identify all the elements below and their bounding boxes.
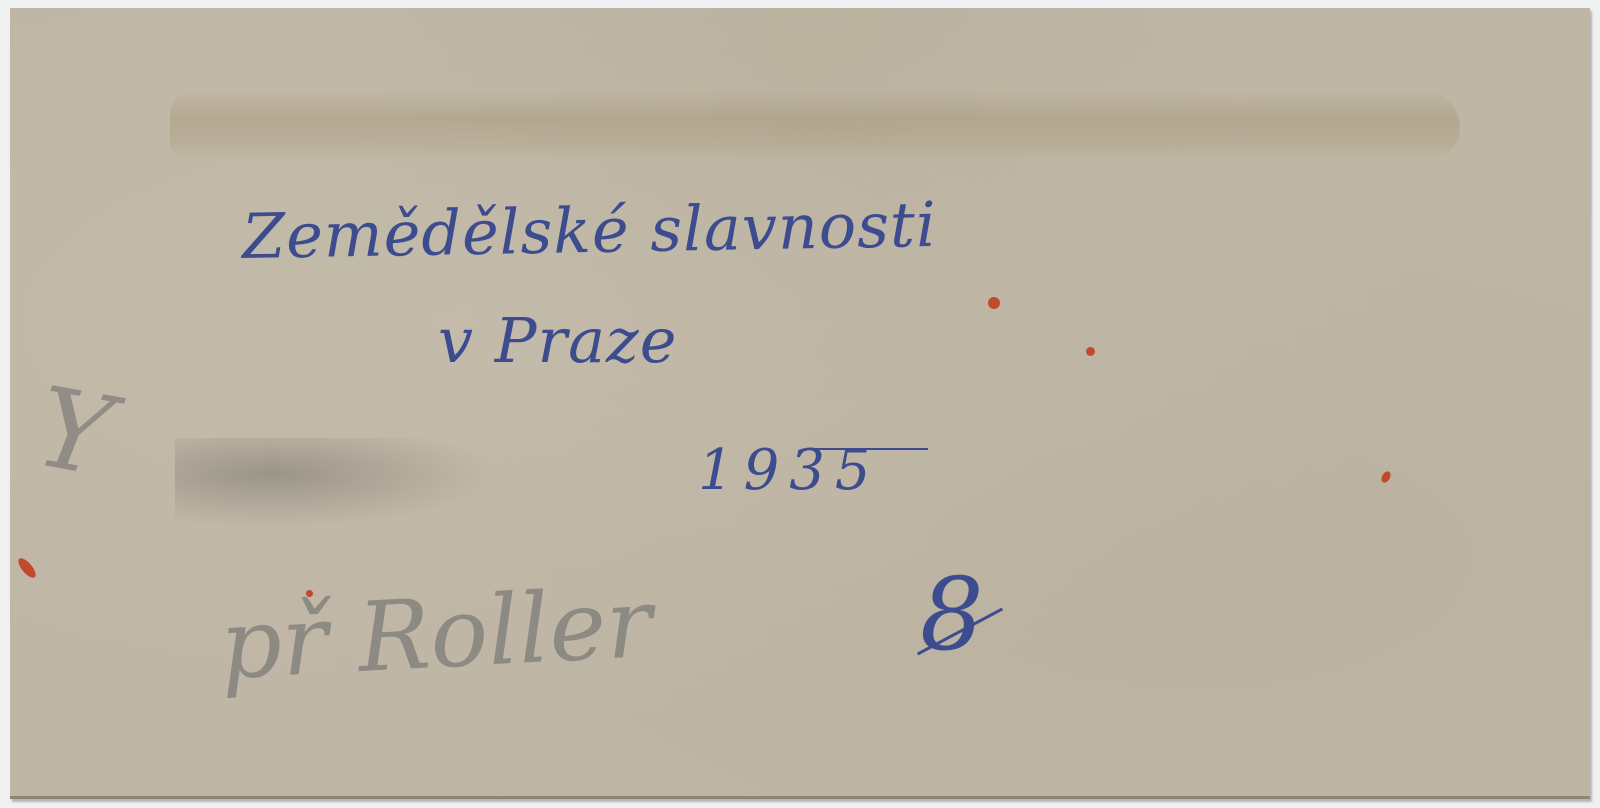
red-ink-spot — [988, 297, 1000, 309]
red-ink-spot — [1086, 347, 1095, 356]
red-ink-spot — [15, 556, 38, 581]
inscription-year: 1935 — [698, 438, 881, 503]
card-back: Zemědělské slavnosti v Praze 1935 Y př R… — [10, 8, 1590, 799]
ink-number: 8 — [920, 556, 985, 673]
inscription-title: Zemědělské slavnosti — [241, 188, 937, 273]
pencil-corner-mark: Y — [27, 363, 121, 502]
pencil-smudge — [175, 438, 495, 528]
inscription-place: v Praze — [438, 304, 677, 377]
red-ink-spot — [1380, 470, 1393, 484]
pencil-signature: př Roller — [217, 567, 654, 701]
glue-stain — [170, 90, 1460, 160]
red-ink-spot — [306, 590, 313, 597]
